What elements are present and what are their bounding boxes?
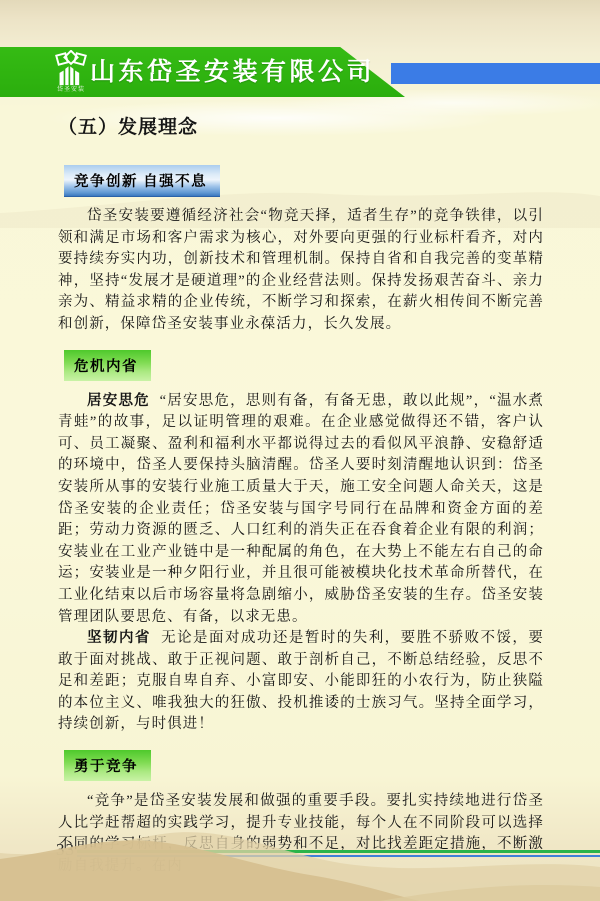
document-page: 岱圣安装 山东岱圣安装有限公司 （五）发展理念 竞争创新 自强不息 岱圣安装要遵… — [0, 0, 600, 901]
paragraph: 坚韧内省无论是面对成功还是暂时的失利，要胜不骄败不馁，要敢于面对挑战、敢于正视问… — [58, 628, 544, 736]
mountain-silhouette — [0, 819, 600, 901]
page-title: （五）发展理念 — [58, 112, 544, 139]
paragraph: 居安思危“居安思危，思则有备，有备无患，敢以此规”，“温水煮青蛙”的故事，足以证… — [58, 391, 544, 629]
banner-blue-stripe — [391, 63, 600, 84]
document-content: （五）发展理念 竞争创新 自强不息 岱圣安装要遵循经济社会“物竞天择，适者生存”… — [58, 112, 544, 877]
paragraph-text: “居安思危，思则有备，有备无患，敢以此规”，“温水煮青蛙”的故事，足以证明管理的… — [58, 393, 544, 625]
section-heading-dare-to-compete: 勇于竞争 — [64, 750, 151, 781]
section-heading-crisis-introspection: 危机内省 — [64, 350, 151, 381]
paragraph-text: 岱圣安装要遵循经济社会“物竞天择，适者生存”的竞争铁律，以引领和满足市场和客户需… — [58, 208, 544, 332]
section-heading-competition-innovation: 竞争创新 自强不息 — [64, 165, 220, 196]
paragraph: 岱圣安装要遵循经济社会“物竞天择，适者生存”的竞争铁律，以引领和满足市场和客户需… — [58, 206, 544, 336]
paragraph-lead: 坚韧内省 — [87, 630, 161, 646]
paragraph-lead: 居安思危 — [87, 393, 160, 409]
company-name: 山东岱圣安装有限公司 — [90, 47, 375, 97]
